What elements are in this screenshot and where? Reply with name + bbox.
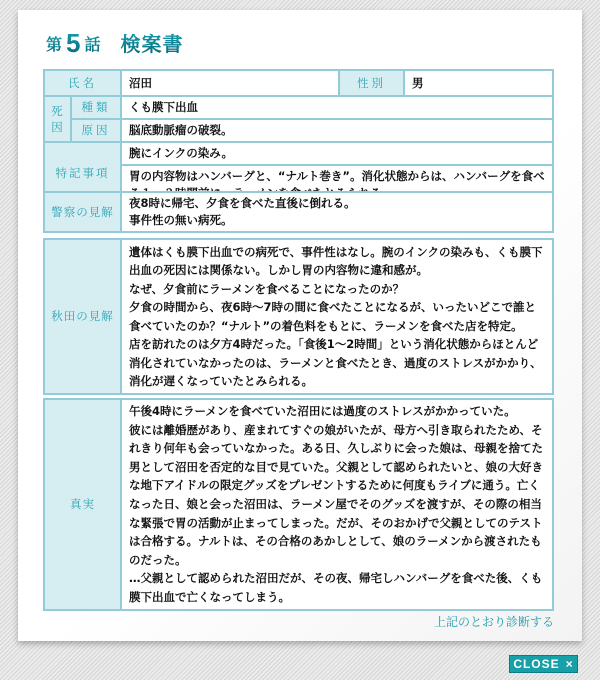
police-opinion-table: 警察の見解 夜8時に帰宅、夕食を食べた直後に倒れる。 事件性の無い病死。 (43, 191, 554, 233)
episode-prefix: 第 (46, 34, 62, 56)
truth-line: …父親として認められた沼田だが、その夜、帰宅しハンバーグを食べた後、くも膜下出血… (129, 569, 545, 606)
cause-origin-label: 原因 (71, 119, 121, 142)
akita-line: 遺体はくも膜下出血での病死で、事件性はなし。腕のインクの染みも、くも膜下出血の死… (129, 243, 545, 280)
notes-item: 腕にインクの染み。 (121, 142, 553, 165)
profile-table: 氏名 沼田 性別 男 死因 種類 くも膜下出血 原因 脳底動脈瘤の破裂。 特記事… (43, 69, 554, 206)
episode-suffix: 話 (84, 34, 100, 56)
akita-line: 店を訪れたのは夕方4時だった。「食後1～2時間」という消化状態からほとんど消化さ… (129, 335, 545, 391)
police-line: 夜8時に帰宅、夕食を食べた直後に倒れる。 (129, 195, 545, 212)
name-value: 沼田 (121, 70, 339, 96)
close-button[interactable]: CLOSE × (509, 655, 578, 673)
cause-type-label: 種類 (71, 96, 121, 119)
episode-number: 5 (66, 30, 80, 56)
name-label: 氏名 (44, 70, 121, 96)
truth-line: 午後4時にラーメンを食べていた沼田には過度のストレスがかかっていた。 (129, 402, 545, 421)
police-opinion-text: 夜8時に帰宅、夕食を食べた直後に倒れる。 事件性の無い病死。 (121, 192, 553, 232)
akita-opinion-text: 遺体はくも膜下出血での病死で、事件性はなし。腕のインクの染みも、くも膜下出血の死… (121, 239, 553, 394)
police-line: 事件性の無い病死。 (129, 212, 545, 229)
close-icon: × (566, 657, 574, 671)
police-opinion-label: 警察の見解 (44, 192, 121, 232)
diagnose-link[interactable]: 上記のとおり診断する (434, 613, 554, 630)
truth-line: 彼には離婚歴があり、産まれてすぐの娘がいたが、母方へ引き取られたため、それきり何… (129, 421, 545, 570)
akita-opinion-label: 秋田の見解 (44, 239, 121, 394)
cause-origin-value: 脳底動脈瘤の破裂。 (121, 119, 553, 142)
akita-line: なぜ、夕食前にラーメンを食べることになったのか？ (129, 280, 545, 299)
autopsy-report-panel: 第 5 話 検案書 氏名 沼田 性別 男 死因 種類 くも膜下出血 原因 脳底動… (18, 10, 582, 641)
akita-opinion-table: 秋田の見解 遺体はくも膜下出血での病死で、事件性はなし。腕のインクの染みも、くも… (43, 238, 554, 395)
truth-label: 真実 (44, 399, 121, 610)
document-title: 検案書 (121, 32, 184, 56)
truth-text: 午後4時にラーメンを食べていた沼田には過度のストレスがかかっていた。 彼には離婚… (121, 399, 553, 610)
cause-group-text: 死因 (51, 103, 64, 135)
akita-line: 夕食の時間から、夜6時～7時の間に食べたことになるが、いったいどこで誰と食べてい… (129, 298, 545, 335)
close-label: CLOSE (513, 657, 559, 671)
cause-type-value: くも膜下出血 (121, 96, 553, 119)
truth-table: 真実 午後4時にラーメンを食べていた沼田には過度のストレスがかかっていた。 彼に… (43, 398, 554, 611)
page-title: 第 5 話 検案書 (46, 26, 184, 56)
gender-value: 男 (404, 70, 553, 96)
gender-label: 性別 (339, 70, 404, 96)
cause-group-label: 死因 (44, 96, 71, 142)
